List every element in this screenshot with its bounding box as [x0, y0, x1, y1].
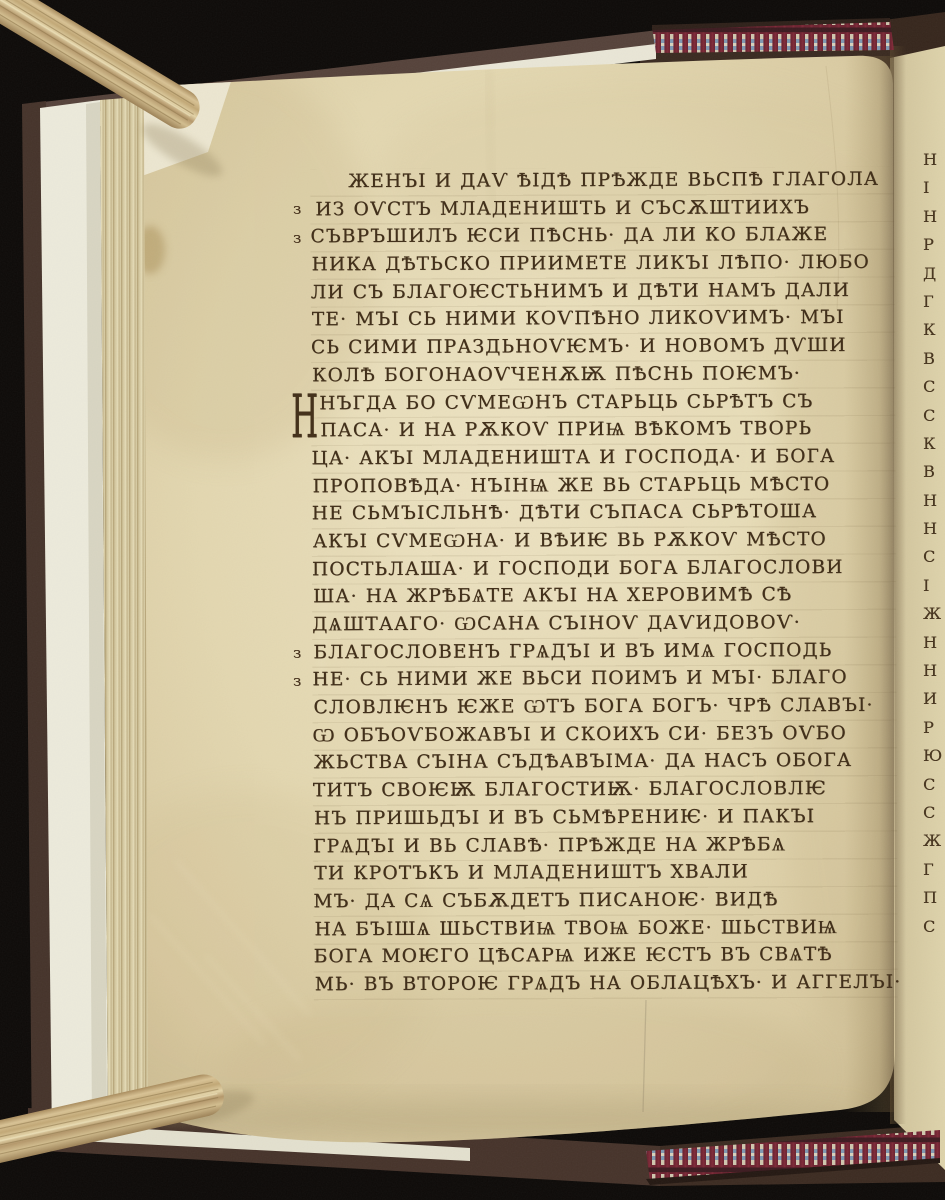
facing-page-letter: В — [923, 458, 945, 486]
text-line: ДѦШТААГО· ѠСАНА СЪІНОѴ ДАѴИДОВОѴ· — [312, 610, 896, 640]
text-line: НЕ· СЬ НИМИ ЖЕ ВЬСИ ПОИМЪ И МЪІ· БЛАГО — [312, 665, 896, 695]
text-line: ПРОПОВѢДА· НЪІНѨ ЖЕ ВЬ СТАРЬЦЬ МѢСТО — [313, 471, 897, 501]
facing-page-letter: І — [923, 174, 945, 202]
facing-page-letter: Н — [923, 146, 945, 174]
facing-page-letter: К — [923, 316, 945, 344]
text-line: ПОСТЬЛАША· И ГОСПОДИ БОГА БЛАГОСЛОВИ — [312, 554, 896, 584]
text-line: ША· НА ЖРѢБѦТЕ АКЪІ НА ХЕРОВИМѢ СѢ — [313, 582, 897, 612]
margin-mark: з — [293, 200, 309, 218]
facing-page-letter: Ж — [923, 827, 945, 855]
margin-mark: з — [293, 644, 309, 662]
text-line: ПАСА· И НА РѪКОѴ ПРИѨ ВѢКОМЪ ТВОРЬ — [312, 416, 896, 446]
facing-page-letter: С — [923, 402, 945, 430]
text-line: ЖЬСТВА СЪІНА СЪДѢАВЪІМА· ДА НАСЪ ОБОГА — [314, 748, 898, 778]
facing-page-letter: Ю — [923, 742, 945, 770]
margin-mark: з — [293, 229, 309, 247]
facing-page-letter: Н — [923, 515, 945, 543]
margin-mark: з — [293, 672, 309, 690]
facing-page-letter: Г — [923, 856, 945, 884]
text-line: АКЪІ СѴМЕѠНА· И ВѢИѤ ВЬ РѪКОѴ МѢСТО — [313, 527, 897, 557]
text-line: ЦА· АКЪІ МЛАДЕНИШТА И ГОСПОДА· И БОГА — [311, 444, 895, 474]
text-line: ЖЕНЪІ И ДАѴ ѢІДѢ ПРѢЖДЕ ВЬСПѢ ГЛАГОЛА — [310, 167, 894, 197]
facing-page-letter: Н — [923, 487, 945, 515]
text-line: НИКА ДѢТЬСКО ПРИИМЕТЕ ЛИКЪІ ЛѢПО· ЛЮБО — [312, 250, 896, 280]
facing-page-letters: НІНРДГКВССКВННСІЖННИРЮССЖГПС — [923, 146, 945, 1026]
text-line: НЪ ПРИШЬДЪІ И ВЪ СЬМѢРЕНИѤ· И ПАКЪІ — [314, 804, 898, 834]
facing-page-letter: Н — [923, 629, 945, 657]
text-line: МЪ· ДА СѦ СЪБѪДЕТЪ ПИСАНОѤ· ВИДѢ — [313, 887, 897, 917]
facing-page-letter: Д — [923, 260, 945, 288]
text-line: ГРѦДЪІ И ВЬ СЛАВѢ· ПРѢЖДЕ НА ЖРѢБѦ — [313, 831, 897, 861]
text-line: ИЗ ОѴСТЪ МЛАДЕНИШТЬ И СЪСѪШТИИХЪ — [311, 194, 895, 224]
text-block: ЖЕНЪІ И ДАѴ ѢІДѢ ПРѢЖДЕ ВЬСПѢ ГЛАГОЛАИЗ … — [310, 167, 898, 1004]
text-line: НА БЪІШѦ ШЬСТВИѨ ТВОѨ БОЖЕ· ШЬСТВИѨ — [314, 914, 898, 944]
facing-page-letter: П — [923, 884, 945, 912]
text-line: ЛИ СЪ БЛАГОѤСТЬНИМЪ И ДѢТИ НАМЪ ДАЛИ — [311, 277, 895, 307]
facing-page-letter: Н — [923, 203, 945, 231]
text-line: СЛОВЛѤНЪ ѤЖЕ ѠТЪ БОГА БОГЪ· ЧРѢ СЛАВЪІ· — [313, 693, 897, 723]
facing-page-letter: І — [923, 572, 945, 600]
initial-letter: Н — [291, 388, 307, 450]
text-line: МЬ· ВЪ ВТОРОѤ ГРѦДЪ НА ОБЛАЦѢХЪ· И АГГЕЛ… — [315, 970, 899, 1000]
facing-page-letter: С — [923, 543, 945, 571]
text-line: Ѡ ОБЪОѴБОЖАВЪІ И СКОИХЪ СИ· БЕЗЪ ОѴБО — [313, 720, 897, 750]
facing-page-letter: С — [923, 913, 945, 941]
facing-page-letter: В — [923, 345, 945, 373]
facing-page-letter: С — [923, 799, 945, 827]
text-line: СЪВРЪШИЛЪ ѤСИ ПѢСНЬ· ДА ЛИ КО БЛАЖЕ — [310, 222, 894, 252]
facing-page-letter: Н — [923, 657, 945, 685]
text-line: СЬ СИМИ ПРАЗДЬНОѴѤМЪ· И НОВОМЪ ДѴШИ — [311, 333, 895, 363]
text-line: НЕ СЬМЪІСЛЬНѢ· ДѢТИ СЪПАСА СЬРѢТОША — [312, 499, 896, 529]
facing-page-letter: Ж — [923, 600, 945, 628]
text-line: ТИТЪ СВОѤѬ БЛАГОСТИѬ· БЛАГОСЛОВЛѤ — [313, 776, 897, 806]
text-line: БЛАГОСЛОВЕНЪ ГРѦДЪІ И ВЪ ИМѦ ГОСПОДЬ — [313, 637, 897, 667]
facing-page-letter: К — [923, 430, 945, 458]
facing-page-letter: Р — [923, 714, 945, 742]
text-line: НЪГДА БО СѴМЕѠНЪ СТАРЬЦЬ СЬРѢТЪ СЪ — [311, 388, 895, 418]
facing-page-letter: С — [923, 373, 945, 401]
facing-page-letter: И — [923, 685, 945, 713]
text-line: БОГА МОѤГО ЦѢСАРѨ ИЖЕ ѤСТЪ ВЪ СВѦТѢ — [314, 942, 898, 972]
text-line: КОЛѢ БОГОНАОѴЧЕНѪѬ ПѢСНЬ ПОѤМЪ· — [312, 361, 896, 391]
facing-page-letter: С — [923, 771, 945, 799]
manuscript-photo: ЖЕНЪІ И ДАѴ ѢІДѢ ПРѢЖДЕ ВЬСПѢ ГЛАГОЛАИЗ … — [0, 0, 945, 1200]
facing-page-letter: Р — [923, 231, 945, 259]
text-line: ТЕ· МЪІ СЬ НИМИ КОѴПѢНО ЛИКОѴИМЪ· МЪІ — [312, 305, 896, 335]
text-line: ТИ КРОТЪКЪ И МЛАДЕНИШТЪ ХВАЛИ — [314, 859, 898, 889]
facing-page-letter: Г — [923, 288, 945, 316]
